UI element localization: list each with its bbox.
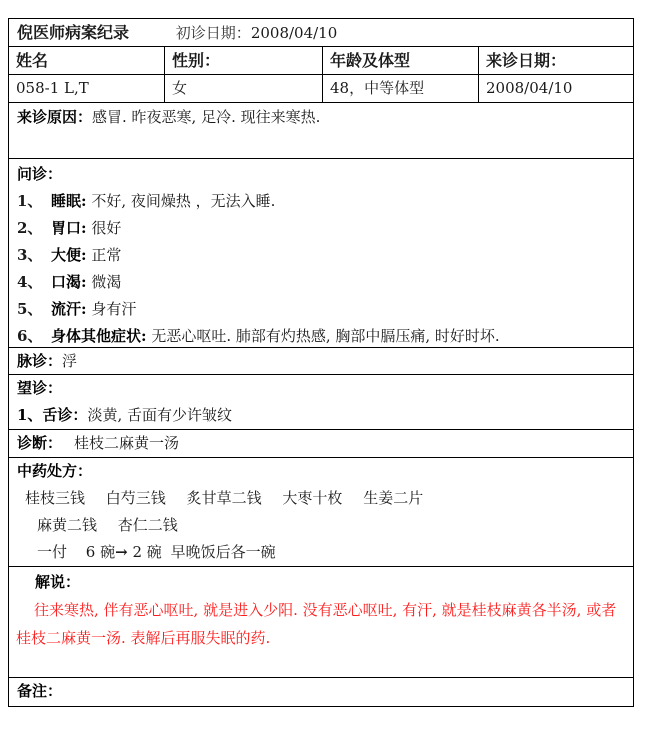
- item-value: 正常: [87, 246, 122, 264]
- arrow-right-icon: →: [115, 543, 128, 561]
- prescription-section: 中药处方： 桂枝三钱 白芍三钱 炙甘草二钱 大枣十枚 生姜二片 麻黄二钱 杏仁二…: [9, 458, 633, 567]
- notes-row: 备注：: [9, 678, 633, 706]
- first-visit-label: 初诊日期：: [176, 24, 251, 42]
- patient-values-row: 058-1 L,T 女 48，中等体型 2008/04/10: [9, 75, 633, 103]
- herb-item: 杏仁二钱: [118, 516, 178, 534]
- prescription-label: 中药处方：: [17, 458, 633, 485]
- item-value: 不好, 夜间燥热 ，无法入睡.: [87, 192, 276, 210]
- item-label: 口渴:: [51, 273, 87, 291]
- patient-gender: 女: [165, 75, 323, 102]
- patient-header-row: 姓名 性别： 年龄及体型 来诊日期：: [9, 47, 633, 75]
- item-value: 微渴: [87, 273, 122, 291]
- item-label: 大便:: [51, 246, 87, 264]
- patient-age-build: 48，中等体型: [323, 75, 479, 102]
- item-label: 睡眠:: [51, 192, 87, 210]
- inquiry-item-stool: 3、大便: 正常: [17, 242, 633, 269]
- item-label: 身体其他症状:: [51, 327, 147, 345]
- medical-record-table: 倪医师病案纪录 初诊日期：2008/04/10 姓名 性别： 年龄及体型 来诊日…: [8, 18, 634, 707]
- inquiry-item-sweat: 5、流汗: 身有汗: [17, 296, 633, 323]
- herb-item: 白芍三钱: [106, 489, 166, 507]
- diagnosis-label: 诊断：: [17, 434, 62, 452]
- herbs-line-1: 桂枝三钱 白芍三钱 炙甘草二钱 大枣十枚 生姜二片: [17, 485, 633, 512]
- dosage-count: 一付: [37, 543, 67, 561]
- herbs-line-2: 麻黄二钱 杏仁二钱: [17, 512, 633, 539]
- diagnosis-value: 桂枝二麻黄一汤: [74, 434, 179, 452]
- item-label: 胃口:: [51, 219, 87, 237]
- tongue-value: 淡黄, 舌面有少许皱纹: [87, 406, 232, 424]
- item-number: 6、: [17, 323, 51, 350]
- explanation-label: 解说：: [17, 569, 625, 596]
- patient-visit-date: 2008/04/10: [479, 75, 633, 102]
- herb-item: 生姜二片: [363, 489, 423, 507]
- pulse-label: 脉诊：: [17, 352, 62, 370]
- notes-label: 备注：: [17, 682, 62, 700]
- item-number: 5、: [17, 296, 51, 323]
- inquiry-item-sleep: 1、睡眠: 不好, 夜间燥热 ，无法入睡.: [17, 188, 633, 215]
- item-value: 身有汗: [87, 300, 137, 318]
- herb-item: 麻黄二钱: [37, 516, 97, 534]
- item-number: 4、: [17, 269, 51, 296]
- item-number: 2、: [17, 215, 51, 242]
- herb-item: 炙甘草二钱: [187, 489, 262, 507]
- item-value: 无恶心呕吐. 肺部有灼热感, 胸部中膈压痛, 时好时坏.: [147, 327, 500, 345]
- inquiry-section: 问诊： 1、睡眠: 不好, 夜间燥热 ，无法入睡. 2、胃口: 很好 3、大便:…: [9, 159, 633, 348]
- visit-reason-text: 感冒. 昨夜恶寒, 足冷. 现往来寒热.: [92, 108, 320, 126]
- item-label: 流汗:: [51, 300, 87, 318]
- tongue-diagnosis: 1、舌诊：淡黄, 舌面有少许皱纹: [17, 402, 633, 429]
- gender-header: 性别：: [165, 47, 323, 74]
- pulse-value: 浮: [62, 352, 77, 370]
- first-visit-date: 2008/04/10: [251, 24, 337, 42]
- observation-label: 望诊：: [17, 375, 633, 402]
- observation-section: 望诊： 1、舌诊：淡黄, 舌面有少许皱纹: [9, 375, 633, 430]
- herb-item: 大枣十枚: [282, 489, 342, 507]
- visit-date-header: 来诊日期：: [479, 47, 633, 74]
- dosage-line: 一付 6 碗→ 2 碗 早晚饭后各一碗: [17, 539, 633, 566]
- dosage-instructions: 早晚饭后各一碗: [171, 543, 276, 561]
- tongue-label: 1、舌诊：: [17, 406, 87, 424]
- visit-reason-row: 来诊原因：感冒. 昨夜恶寒, 足冷. 现往来寒热.: [9, 103, 633, 159]
- inquiry-item-thirst: 4、口渴: 微渴: [17, 269, 633, 296]
- inquiry-item-other-symptoms: 6、身体其他症状: 无恶心呕吐. 肺部有灼热感, 胸部中膈压痛, 时好时坏.: [17, 323, 633, 350]
- inquiry-item-appetite: 2、胃口: 很好: [17, 215, 633, 242]
- diagnosis-row: 诊断：桂枝二麻黄一汤: [9, 430, 633, 458]
- water-from: 6 碗: [86, 543, 115, 561]
- visit-reason-label: 来诊原因：: [17, 108, 92, 126]
- record-title-row: 倪医师病案纪录 初诊日期：2008/04/10: [9, 19, 633, 47]
- explanation-section: 解说： 往来寒热, 伴有恶心呕吐, 就是进入少阳. 没有恶心呕吐, 有汗, 就是…: [9, 567, 633, 678]
- item-value: 很好: [87, 219, 122, 237]
- patient-id: 058-1 L,T: [9, 75, 165, 102]
- explanation-text: 往来寒热, 伴有恶心呕吐, 就是进入少阳. 没有恶心呕吐, 有汗, 就是桂枝麻黄…: [16, 596, 625, 652]
- age-build-header: 年龄及体型: [323, 47, 479, 74]
- pulse-diagnosis-row: 脉诊：浮: [9, 348, 633, 375]
- name-header: 姓名: [9, 47, 165, 74]
- item-number: 1、: [17, 188, 51, 215]
- item-number: 3、: [17, 242, 51, 269]
- inquiry-label: 问诊：: [17, 161, 633, 188]
- record-title: 倪医师病案纪录: [17, 23, 129, 42]
- water-to: 2 碗: [132, 543, 161, 561]
- herb-item: 桂枝三钱: [25, 489, 85, 507]
